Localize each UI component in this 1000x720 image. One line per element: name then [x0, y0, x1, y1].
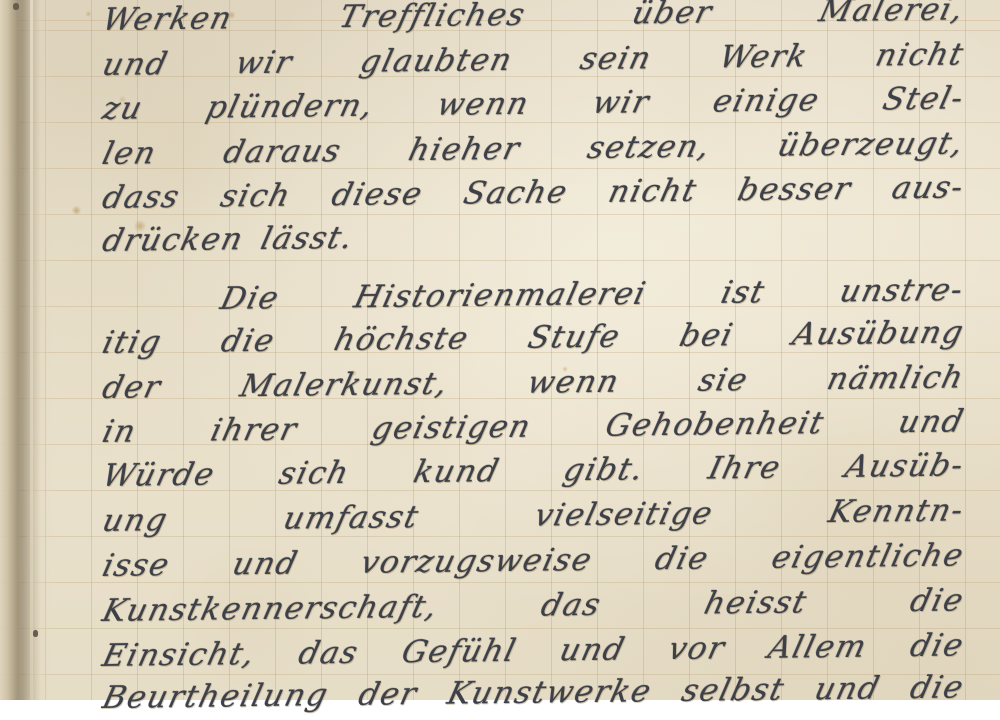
foxing-stain	[71, 206, 82, 215]
manuscript-line: drücken lässt.	[98, 216, 359, 263]
ink-speck	[33, 630, 38, 637]
binding-crease-highlight	[30, 0, 33, 700]
foxing-stain	[85, 11, 92, 17]
aged-paper-page: Werken Treffliches über Malerei, und wir…	[0, 0, 1000, 700]
ink-speck	[13, 3, 19, 10]
handwritten-text-block: Werken Treffliches über Malerei, und wir…	[98, 0, 956, 700]
binding-fold-edge	[0, 0, 52, 700]
manuscript-line: dass sich diese Sache nicht besser aus-	[98, 166, 969, 220]
